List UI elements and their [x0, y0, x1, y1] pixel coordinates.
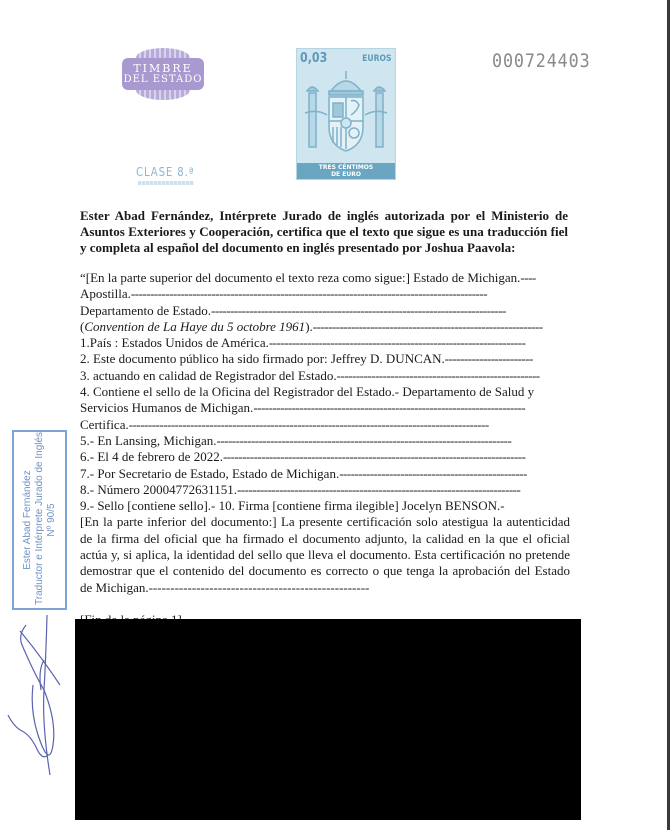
band-line1: TRES CÉNTIMOS [319, 164, 373, 171]
timbre-del-estado-stamp: TIMBRE DEL ESTADO [122, 48, 204, 100]
timbre-line2: DEL ESTADO [124, 74, 203, 85]
text-line: Apostilla.------------------------------… [80, 286, 570, 302]
sworn-translator-stamp: Ester Abad Fernández Traductor e Intérpr… [12, 430, 67, 610]
stamp-band: TRES CÉNTIMOS DE EURO [297, 163, 395, 179]
translator-title: Traductor e Intérprete Jurado de Inglés [34, 435, 46, 605]
text-line: 7.- Por Secretario de Estado, Estado de … [80, 466, 570, 482]
text-line: 2. Este documento público ha sido firmad… [80, 351, 570, 367]
text-line: 1.País : Estados Unidos de América.-----… [80, 335, 570, 351]
text-line: Certifica.------------------------------… [80, 417, 570, 433]
stamp-value: 0,03 [300, 51, 327, 66]
text-line: Departamento de Estado.-----------------… [80, 303, 570, 319]
text-line: (Convention de La Haye du 5 octobre 1961… [80, 319, 570, 335]
coat-of-arms-icon [303, 69, 389, 161]
text-line: 5.- En Lansing, Michigan.---------------… [80, 433, 570, 449]
serial-number: 000724403 [492, 50, 591, 72]
timbre-line1: TIMBRE [133, 63, 192, 74]
text-line: “[En la parte superior del documento el … [80, 270, 570, 286]
translator-name: Ester Abad Fernández [22, 435, 34, 605]
text-line: Servicios Humanos de Michigan.----------… [80, 400, 570, 416]
text-line: 3. actuando en calidad de Registrador de… [80, 368, 570, 384]
stamp-currency: EUROS [363, 54, 392, 64]
ornament-icon [136, 48, 190, 58]
clase-label: CLASE 8.ª [136, 165, 194, 179]
text-line: 9.- Sello [contiene sello].- 10. Firma [… [80, 498, 570, 514]
spacer [80, 596, 570, 612]
bottom-paragraph: [En la parte inferior del documento:] La… [80, 514, 570, 595]
redacted-region [75, 619, 581, 820]
euro-stamp: 0,03 EUROS TRES CÉNTIMOS DE EURO [296, 48, 396, 180]
text-line: 4. Contiene el sello de la Oficina del R… [80, 384, 570, 400]
timbre-plate: TIMBRE DEL ESTADO [122, 58, 204, 90]
clase-microtext [138, 181, 194, 185]
certification-intro: Ester Abad Fernández, Intérprete Jurado … [80, 208, 568, 256]
ornament-icon [136, 90, 190, 100]
text-line: 8.- Número 20004772631151.--------------… [80, 482, 570, 498]
text-line: 6.- El 4 de febrero de 2022.------------… [80, 449, 570, 465]
translation-body: “[En la parte superior del documento el … [80, 270, 570, 628]
band-line2: DE EURO [331, 171, 361, 178]
signature-icon [0, 615, 75, 785]
translator-number: Nº 90/5 [46, 435, 58, 605]
